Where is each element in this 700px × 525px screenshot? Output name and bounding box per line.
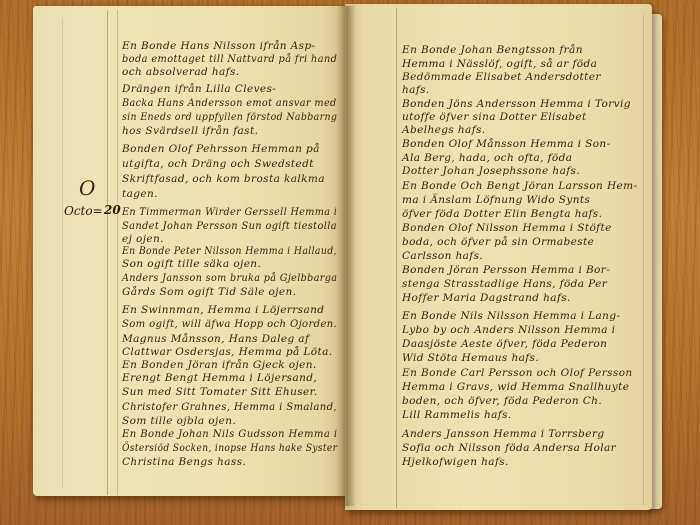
text-line: En Bonde Peter Nilsson Hemma i Hallaud, bbox=[122, 245, 337, 257]
text-line: Skriftfasad, och kom brosta kalkma bbox=[122, 173, 325, 185]
text-line: En Bonde Nils Nilsson Hemma i Lang- bbox=[402, 310, 620, 322]
text-line: En Swinnman, Hemma i Löjerrsand bbox=[122, 304, 324, 316]
text-line: Christofer Grahnes, Hemma i Smaland, bbox=[122, 401, 337, 413]
text-line: Wid Stöta Hemaus hafs. bbox=[402, 352, 539, 364]
text-line: Carlsson hafs. bbox=[402, 250, 483, 262]
text-line: Backa Hans Andersson emot ansvar med bbox=[122, 97, 337, 109]
text-line: Bonden Olof Månsson Hemma i Son- bbox=[402, 138, 611, 150]
text-line: Christina Bengs hass. bbox=[122, 456, 246, 468]
text-line: En Bonde Carl Persson och Olof Persson bbox=[402, 367, 633, 379]
text-line: En Bonde Johan Bengtsson från bbox=[402, 44, 583, 56]
text-line: Som ogift, will äfwa Hopp och Ojorden. bbox=[122, 318, 337, 330]
text-line: utgifta, och Dräng och Swedstedt bbox=[122, 158, 314, 170]
margin-date-note: 20 bbox=[104, 203, 121, 217]
text-line: Daasjöste Aeste öfver, föda Pederon bbox=[402, 338, 607, 350]
text-line: hafs. bbox=[402, 84, 430, 96]
text-line: Bonden Olof Pehrsson Hemman på bbox=[122, 143, 320, 155]
text-line: Sandet Johan Persson Sun ogift tiestolla bbox=[122, 220, 337, 232]
text-line: Hemma i Nässlöf, ogift, så ar föda bbox=[402, 58, 597, 70]
text-line: En Bonde Och Bengt Jöran Larsson Hem- bbox=[402, 180, 637, 192]
left-margin-rule bbox=[107, 10, 108, 495]
text-line: sin Eneds ord uppfyllen förstod Nabbarng bbox=[122, 111, 337, 123]
text-line: tagen. bbox=[122, 188, 158, 200]
book-gutter bbox=[336, 6, 356, 506]
text-line: Magnus Månsson, Hans Daleg af bbox=[122, 333, 309, 345]
text-line: boden, och öfver, föda Pederon Ch. bbox=[402, 395, 602, 407]
text-line: Bonden Jöns Andersson Hemma i Torvig bbox=[402, 98, 631, 110]
text-line: En Timmerman Wirder Gerssell Hemma i bbox=[122, 206, 337, 218]
text-line: Son ogift tille säka ojen. bbox=[122, 258, 261, 270]
text-line: Erengt Bengt Hemma i Löjersand, bbox=[122, 372, 317, 384]
text-line: ej ojen. bbox=[122, 233, 164, 245]
text-line: ma i Änslam Löfnung Wido Synts bbox=[402, 194, 590, 206]
text-line: Bonden Olof Nilsson Hemma i Stöfte bbox=[402, 222, 612, 234]
text-line: Sun med Sitt Tomater Sitt Ehuser. bbox=[122, 386, 318, 398]
text-line: Drängen ifrån Lilla Cleves- bbox=[122, 83, 276, 95]
left-text-rule bbox=[117, 10, 118, 495]
text-line: Sofia och Nilsson föda Andersa Holar bbox=[402, 442, 616, 454]
text-line: Östersiöd Socken, inopse Hans hake Syste… bbox=[122, 442, 337, 454]
text-line: Gårds Som ogift Tid Säle ojen. bbox=[122, 286, 296, 298]
text-line: Anders Jansson som bruka på Gjelbbarga bbox=[122, 272, 337, 284]
right-edge-rule bbox=[643, 15, 644, 505]
text-line: och absolverad hafs. bbox=[122, 66, 239, 78]
text-line: Dotter Johan Josephssone hafs. bbox=[402, 165, 580, 177]
text-line: En Bonde Johan Nils Gudsson Hemma i bbox=[122, 428, 337, 440]
text-line: Ala Berg, hada, och ofta, föda bbox=[402, 152, 572, 164]
text-line: En Bonden Jöran ifrån Gjeck ojen. bbox=[122, 359, 317, 371]
text-line: Bonden Jöran Persson Hemma i Bor- bbox=[402, 264, 610, 276]
text-line: boda emottaget till Nattvard på fri hand bbox=[122, 53, 337, 65]
text-line: stenga Strasstadlige Hans, föda Per bbox=[402, 278, 607, 290]
text-line: Hoffer Maria Dagstrand hafs. bbox=[402, 292, 571, 304]
text-line: Lill Rammelis hafs. bbox=[402, 409, 512, 421]
margin-month-note: Octo= bbox=[64, 204, 103, 218]
right-margin-rule bbox=[396, 8, 397, 508]
text-line: Abelhegs hafs. bbox=[402, 124, 486, 136]
text-line: Bedömmade Elisabet Andersdotter bbox=[402, 71, 601, 83]
text-line: öfver föda Dotter Elin Bengta hafs. bbox=[402, 208, 602, 220]
margin-capital: O bbox=[79, 176, 95, 200]
left-page-fold-line bbox=[62, 18, 63, 488]
text-line: En Bonde Hans Nilsson ifrån Asp- bbox=[122, 40, 316, 52]
text-line: Lybo by och Anders Nilsson Hemma i bbox=[402, 324, 615, 336]
text-line: Hjelkofwigen hafs. bbox=[402, 456, 509, 468]
text-line: hos Svärdsell ifrån fast. bbox=[122, 125, 258, 137]
text-line: boda, och öfver på sin Ormabeste bbox=[402, 236, 594, 248]
text-line: Anders Jansson Hemma i Torrsberg bbox=[402, 428, 604, 440]
text-line: Som tille ojbla ojen. bbox=[122, 415, 236, 427]
text-line: utoffe öfver sina Dotter Elisabet bbox=[402, 111, 587, 123]
text-line: Hemma i Gravs, wid Hemma Snallhuyte bbox=[402, 381, 629, 393]
text-line: Clattwar Osdersjas, Hemma på Löta. bbox=[122, 346, 333, 358]
